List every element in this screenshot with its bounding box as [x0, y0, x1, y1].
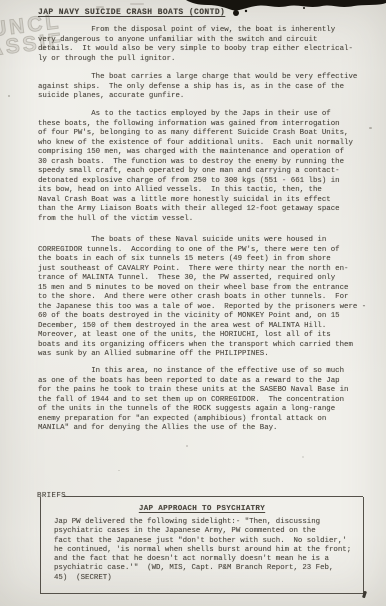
briefs-rule [63, 496, 363, 497]
paragraph-corregidor-tunnels: The boats of these Naval suicide units w… [38, 236, 374, 360]
document-title: JAP NAVY SUICIDE CRASH BOATS (CONTD) [38, 8, 225, 17]
briefs-label: BRIEFS [37, 492, 66, 500]
paper-speck [118, 470, 120, 471]
paragraph-disposal: From the disposal point of view, the boa… [38, 26, 374, 64]
paragraph-conclusion: In this area, no instance of the effecti… [38, 367, 374, 434]
paper-speck [302, 456, 304, 458]
paper-speck [8, 95, 10, 97]
stamp-remnant-mark [96, 6, 104, 8]
briefs-item-body: Jap PW delivered the following sidelight… [54, 518, 355, 583]
scanned-document-page: UNCL ASSIF JAP NAVY SUICIDE CRASH BOATS … [0, 0, 386, 606]
stamp-remnant-mark [130, 3, 144, 5]
paragraph-tactics: As to the tactics employed by the Japs i… [38, 110, 374, 224]
paper-speck [186, 445, 188, 447]
briefs-box: BRIEFS JAP APPROACH TO PSYCHIATRY Jap PW… [40, 497, 364, 594]
paper-speck [369, 127, 372, 129]
paragraph-charge: The boat carries a large charge that wou… [38, 73, 374, 102]
ink-speck [362, 591, 367, 599]
briefs-item-title: JAP APPROACH TO PSYCHIATRY [41, 505, 363, 513]
